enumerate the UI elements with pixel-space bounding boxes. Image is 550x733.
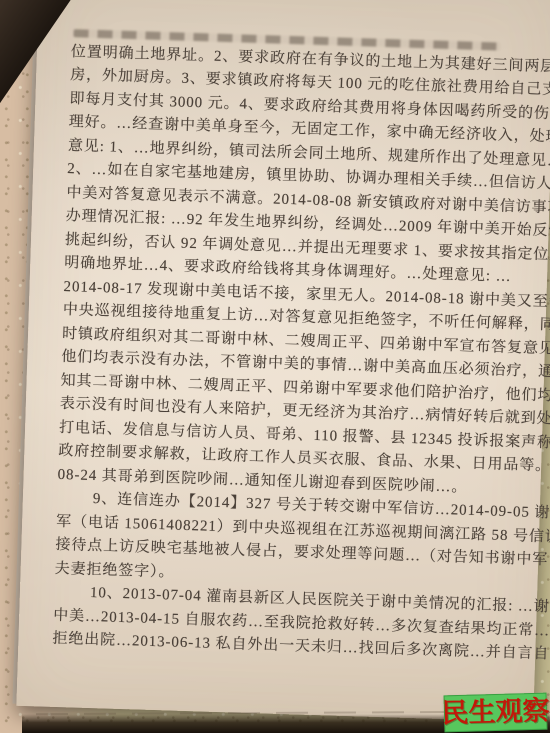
document-page: 位置明确土地界址。2、要求政府在有争议的土地上为其建好三间两层楼房，外加厨房。3… bbox=[16, 0, 550, 722]
photo-background: 位置明确土地界址。2、要求政府在有争议的土地上为其建好三间两层楼房，外加厨房。3… bbox=[0, 0, 550, 733]
watermark-text: 民生观察 bbox=[441, 698, 550, 728]
watermark-badge: 民生观察 bbox=[444, 693, 548, 733]
document-text: 位置明确土地界址。2、要求政府在有争议的土地上为其建好三间两层楼房，外加厨房。3… bbox=[52, 17, 519, 665]
